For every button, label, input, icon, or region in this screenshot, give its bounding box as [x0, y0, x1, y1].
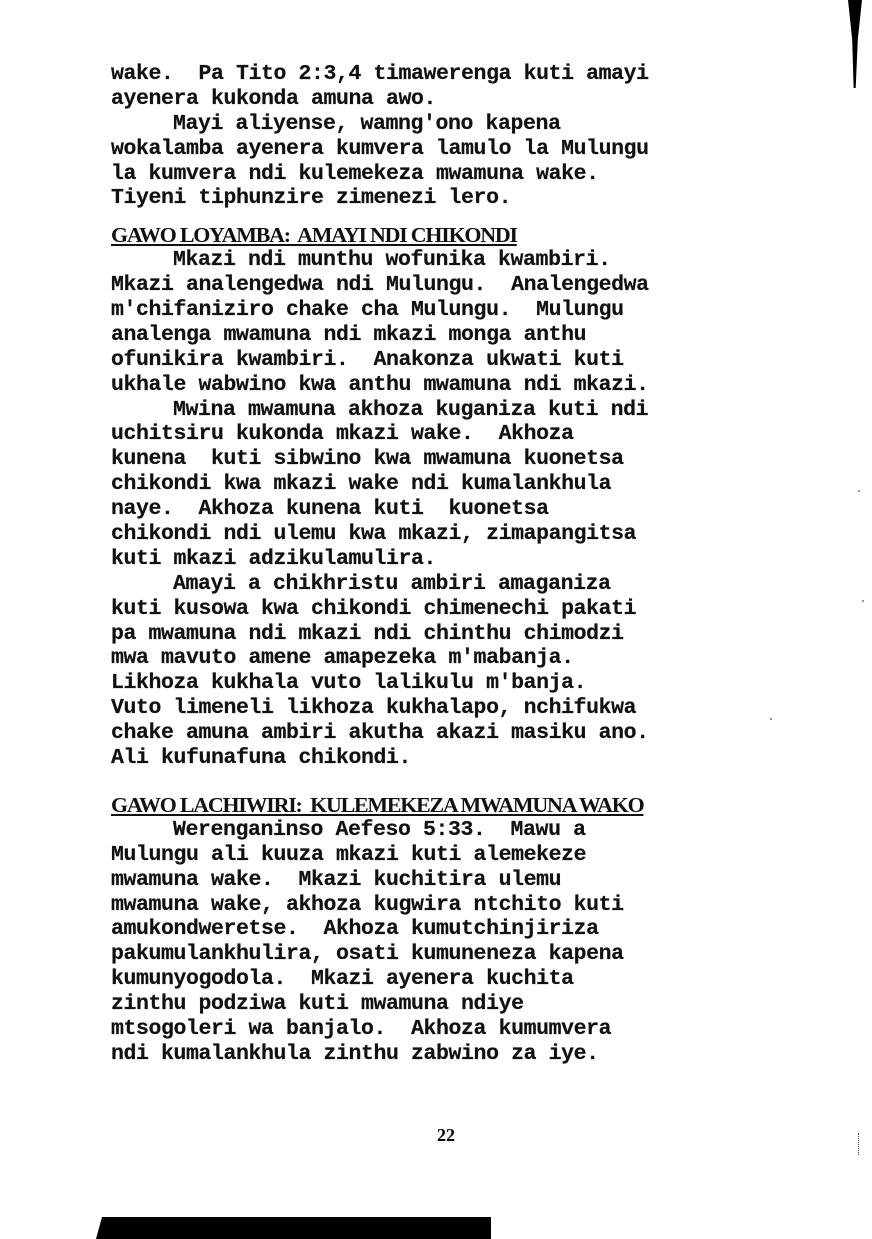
scan-speck — [858, 490, 860, 492]
paragraph-start: Mkazi ndi munthu wofunika kwambiri. — [111, 248, 811, 273]
text-line: uchitsiru kukonda mkazi wake. Akhoza — [111, 422, 811, 447]
text-line: mwamuna wake. Mkazi kuchitira ulemu — [111, 868, 811, 893]
text-line: ndi kumalankhula zinthu zabwino za iye. — [111, 1042, 811, 1067]
text-line: kuti mkazi adzikulamulira. — [111, 547, 811, 572]
text-line: pakumulankhulira, osati kumuneneza kapen… — [111, 942, 811, 967]
text-line: mwa mavuto amene amapezeka m'mabanja. — [111, 646, 811, 671]
text-line: m'chifaniziro chake cha Mulungu. Mulungu — [111, 298, 811, 323]
spacer — [111, 211, 811, 223]
section-heading-2: GAWO LACHIWIRI: KULEMEKEZA MWAMUNA WAKO — [111, 793, 825, 818]
text-line: kunena kuti sibwino kwa mwamuna kuonetsa — [111, 447, 811, 472]
text-line: wokalamba ayenera kumvera lamulo la Mulu… — [111, 137, 811, 162]
text-line: Ali kufunafuna chikondi. — [111, 746, 811, 771]
paragraph-start: Amayi a chikhristu ambiri amaganiza — [111, 572, 811, 597]
text-line: chikondi ndi ulemu kwa mkazi, zimapangit… — [111, 522, 811, 547]
text-line: pa mwamuna ndi mkazi ndi chinthu chimodz… — [111, 622, 811, 647]
section-heading-1: GAWO LOYAMBA: AMAYI NDI CHIKONDI — [111, 223, 825, 248]
text-line: naye. Akhoza kunena kuti kuonetsa — [111, 497, 811, 522]
text-line: kuti kusowa kwa chikondi chimenechi paka… — [111, 597, 811, 622]
text-line: ofunikira kwambiri. Anakonza ukwati kuti — [111, 348, 811, 373]
text-line: Mkazi analengedwa ndi Mulungu. Analenged… — [111, 273, 811, 298]
text-line: Likhoza kukhala vuto lalikulu m'banja. — [111, 671, 811, 696]
text-line: mtsogoleri wa banjalo. Akhoza kumumvera — [111, 1017, 811, 1042]
page-number: 22 — [437, 1125, 455, 1146]
scan-edge-mark — [848, 0, 862, 88]
text-line: wake. Pa Tito 2:3,4 timawerenga kuti ama… — [111, 62, 811, 87]
text-line: kumunyogodola. Mkazi ayenera kuchita — [111, 967, 811, 992]
paragraph-start: Mayi aliyense, wamng'ono kapena — [111, 112, 811, 137]
text-line: Tiyeni tiphunzire zimenezi lero. — [111, 186, 811, 211]
scan-speck — [862, 600, 864, 602]
text-line: amukondweretse. Akhoza kumutchinjiriza — [111, 917, 811, 942]
text-line: Vuto limeneli likhoza kukhalapo, nchifuk… — [111, 696, 811, 721]
text-line: la kumvera ndi kulemekeza mwamuna wake. — [111, 162, 811, 187]
document-body: wake. Pa Tito 2:3,4 timawerenga kuti ama… — [111, 62, 811, 1067]
text-line: Mulungu ali kuuza mkazi kuti alemekeze — [111, 843, 811, 868]
scan-artifact-bar — [96, 1217, 491, 1239]
text-line: analenga mwamuna ndi mkazi monga anthu — [111, 323, 811, 348]
spacer — [111, 771, 811, 793]
text-line: chake amuna ambiri akutha akazi masiku a… — [111, 721, 811, 746]
paragraph-start: Werenganinso Aefeso 5:33. Mawu a — [111, 818, 811, 843]
scan-edge-mark-bottom — [858, 1133, 863, 1155]
text-line: ukhale wabwino kwa anthu mwamuna ndi mka… — [111, 373, 811, 398]
text-line: mwamuna wake, akhoza kugwira ntchito kut… — [111, 893, 811, 918]
text-line: ayenera kukonda amuna awo. — [111, 87, 811, 112]
paragraph-start: Mwina mwamuna akhoza kuganiza kuti ndi — [111, 398, 811, 423]
text-line: chikondi kwa mkazi wake ndi kumalankhula — [111, 472, 811, 497]
text-line: zinthu podziwa kuti mwamuna ndiye — [111, 992, 811, 1017]
